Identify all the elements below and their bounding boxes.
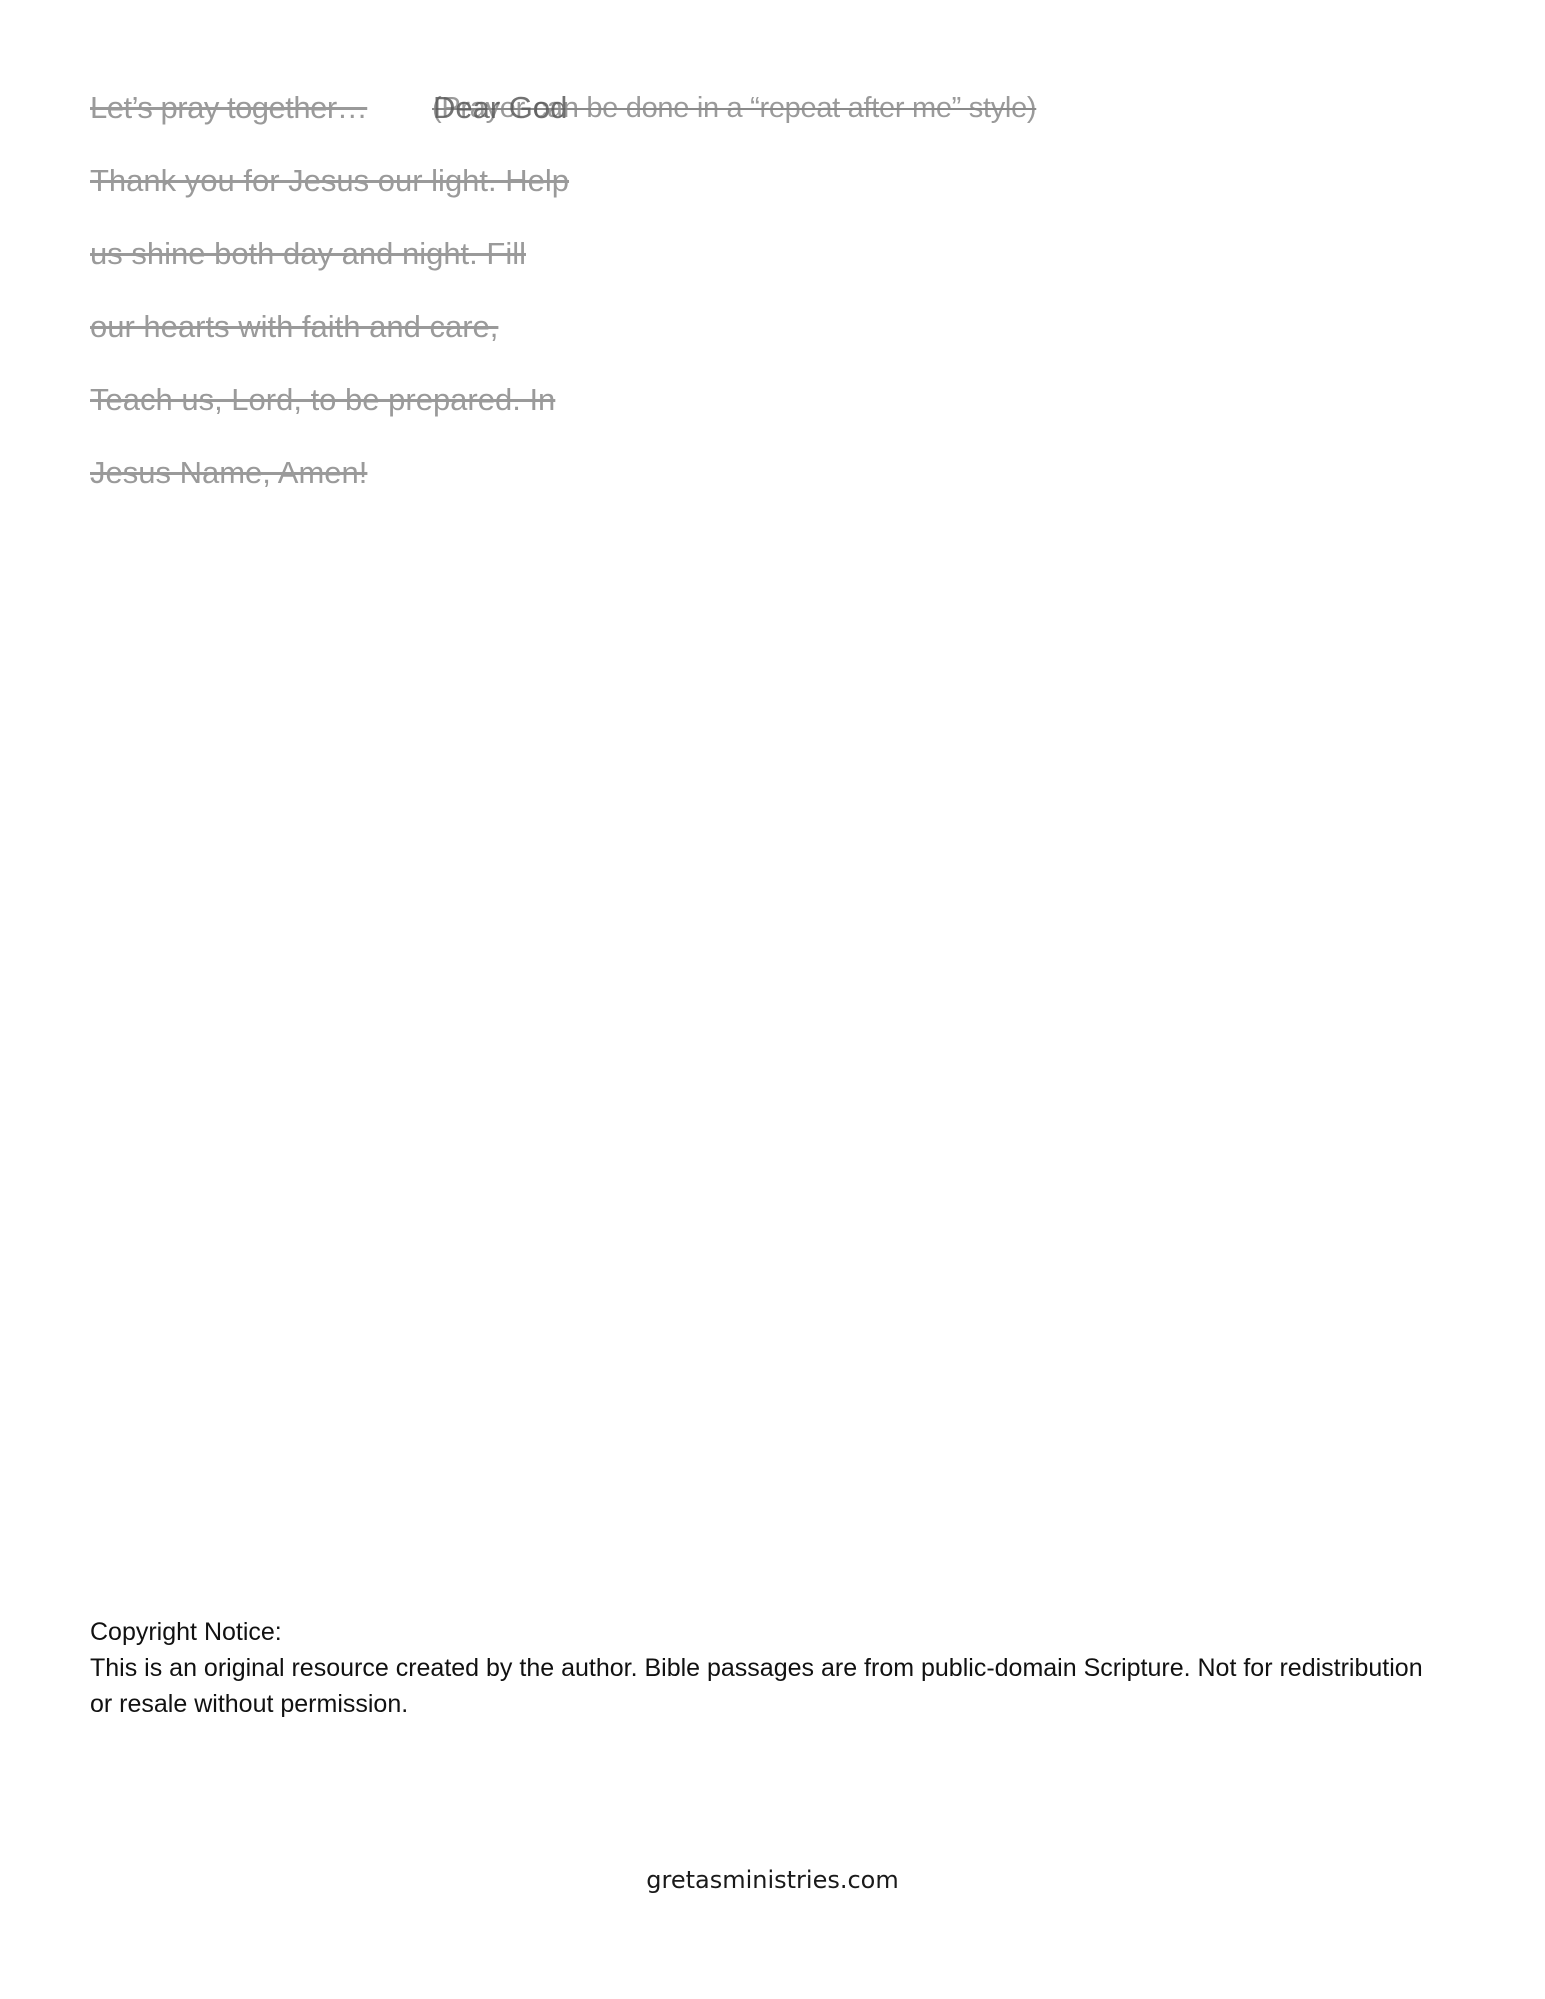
prayer-line-text: us shine both day and night. Fill: [90, 236, 526, 271]
copyright-body: This is an original resource created by …: [90, 1650, 1430, 1722]
prayer-line: Jesus Name, Amen!: [90, 453, 1390, 526]
prayer-intro: Let’s pray together…: [90, 90, 367, 125]
prayer-line: us shine both day and night. Fill: [90, 234, 1390, 307]
prayer-line-text: Thank you for Jesus our light. Help: [90, 163, 569, 198]
prayer-greeting: Dear God: [433, 88, 567, 128]
prayer-section: Let’s pray together… (Prayer can be done…: [90, 88, 1390, 526]
prayer-intro-line: Let’s pray together… (Prayer can be done…: [90, 88, 1390, 161]
prayer-line: Thank you for Jesus our light. Help: [90, 161, 1390, 234]
prayer-line: Teach us, Lord, to be prepared. In: [90, 380, 1390, 453]
document-page: Let’s pray together… (Prayer can be done…: [0, 0, 1545, 1999]
footer-website: gretasministries.com: [0, 1862, 1545, 1898]
copyright-heading: Copyright Notice:: [90, 1614, 1430, 1650]
prayer-line-text: Teach us, Lord, to be prepared. In: [90, 382, 555, 417]
prayer-line-text: Jesus Name, Amen!: [90, 455, 367, 490]
copyright-notice: Copyright Notice: This is an original re…: [90, 1614, 1430, 1722]
prayer-line-text: our hearts with faith and care,: [90, 309, 498, 344]
prayer-line: our hearts with faith and care,: [90, 307, 1390, 380]
